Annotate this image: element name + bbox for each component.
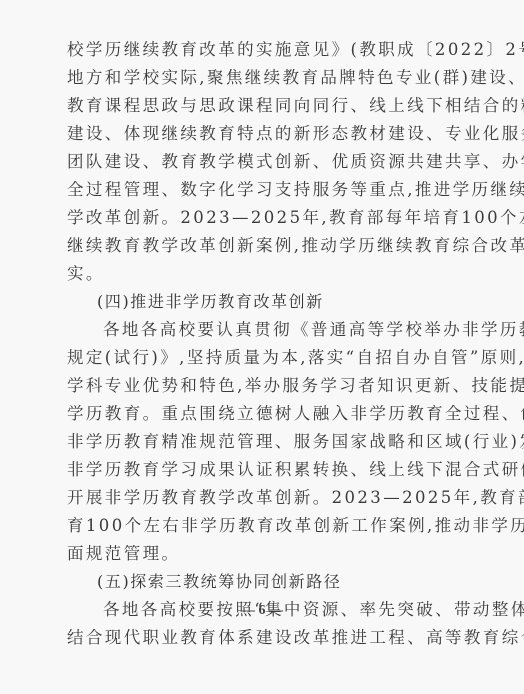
body-line: 建设、体现继续教育特点的新形态教材建设、专业化服务型教学 bbox=[67, 120, 457, 148]
body-line: 学历教育。重点围绕立德树人融入非学历教育全过程、创新推进 bbox=[67, 400, 457, 428]
body-line: 学科专业优势和特色,举办服务学习者知识更新、技能提升的非 bbox=[67, 372, 457, 400]
section-heading-4: (四)推进非学历教育改革创新 bbox=[67, 288, 457, 316]
body-line: 结合现代职业教育体系建设改革推进工程、高等教育综合改革工 bbox=[67, 624, 457, 652]
body-line: 育100个左右非学历教育改革创新工作案例,推动非学历教育全 bbox=[67, 512, 457, 540]
body-line: 各地各高校要认真贯彻《普通高等学校举办非学历教育管理 bbox=[67, 316, 457, 344]
body-line: 全过程管理、数字化学习支持服务等重点,推进学历继续教育教 bbox=[67, 176, 457, 204]
body-line: 教育课程思政与思政课程同向同行、线上线下相结合的精品课程 bbox=[67, 92, 457, 120]
body-line: 团队建设、教育教学模式创新、优质资源共建共享、办学全链条 bbox=[67, 148, 457, 176]
body-line: 地方和学校实际,聚焦继续教育品牌特色专业(群)建设、继续 bbox=[67, 64, 457, 92]
body-line: 校学历继续教育改革的实施意见》(教职成〔2022〕2号),结合 bbox=[67, 36, 457, 64]
body-line: 规定(试行)》,坚持质量为本,落实“自招自办自管”原则,依托 bbox=[67, 344, 457, 372]
body-line: 实。 bbox=[67, 260, 457, 288]
body-line: 非学历教育精准规范管理、服务国家战略和区域(行业)发展、 bbox=[67, 428, 457, 456]
page-number: — 6 — bbox=[0, 603, 524, 619]
body-line: 开展非学历教育教学改革创新。2023—2025年,教育部每年培 bbox=[67, 484, 457, 512]
section-heading-5: (五)探索三教统筹协同创新路径 bbox=[67, 568, 457, 596]
document-body: 校学历继续教育改革的实施意见》(教职成〔2022〕2号),结合 地方和学校实际,… bbox=[67, 36, 457, 652]
document-page: 校学历继续教育改革的实施意见》(教职成〔2022〕2号),结合 地方和学校实际,… bbox=[0, 0, 524, 694]
body-line: 学改革创新。2023—2025年,教育部每年培育100个左右学历 bbox=[67, 204, 457, 232]
body-line: 继续教育教学改革创新案例,推动学历继续教育综合改革走深走 bbox=[67, 232, 457, 260]
body-line: 非学历教育学习成果认证积累转换、线上线下混合式研修等方面, bbox=[67, 456, 457, 484]
body-line: 面规范管理。 bbox=[67, 540, 457, 568]
